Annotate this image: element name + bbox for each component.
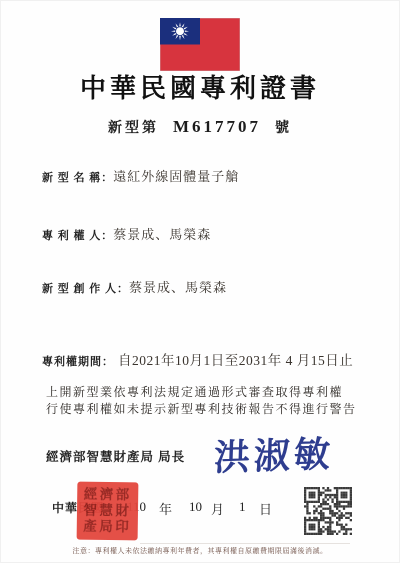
footnote-text: 注意：專利權人未依法繳納專利年費者，其專利權自原繳費期限屆滿後消滅。 (0, 546, 400, 556)
field-patent-term-label: 專利權期間： (42, 356, 114, 368)
statutory-notice: 上開新型業依專利法規定通過形式審查取得專利權 行使專利權如未提示新型專利技術報告… (46, 384, 357, 418)
field-creator-value: 蔡景成、馬榮森 (129, 280, 227, 295)
field-patent-term-value: 自2021年10月1日至2031年 4 月15日止 (118, 353, 353, 368)
date-month: 10 (189, 499, 202, 515)
scan-fold-line (140, 543, 350, 544)
patent-certificate-page: 中華民國專利證書 新型第 M617707 號 新 型 名 稱：遠紅外線固體量子艙… (0, 0, 400, 563)
director-general-signature: 洪淑敏 (213, 426, 345, 482)
patent-number-suffix: 號 (275, 117, 292, 137)
field-patentee-label: 專 利 權 人： (42, 230, 113, 242)
date-day-unit: 日 (259, 499, 272, 518)
field-model-name-value: 遠紅外線固體量子艙 (113, 169, 239, 184)
patent-number-line: 新型第 M617707 號 (0, 117, 400, 137)
field-creator-label: 新 型 創 作 人： (42, 283, 129, 295)
field-patent-term: 專利權期間： 自2021年10月1日至2031年 4 月15日止 (42, 349, 353, 370)
patent-number-prefix: 新型第 (108, 117, 159, 137)
statutory-notice-line1: 上開新型業依專利法規定通過形式審查取得專利權 (46, 384, 357, 401)
statutory-notice-line2: 行使專利權如未提示新型專利技術報告不得進行警告 (46, 401, 357, 418)
field-model-name: 新 型 名 稱：遠紅外線固體量子艙 (42, 166, 239, 186)
field-creator: 新 型 創 作 人：蔡景成、馬榮森 (42, 277, 227, 297)
certificate-title: 中華民國專利證書 (0, 68, 400, 105)
official-red-seal: 經濟部智慧財產局印 (77, 482, 139, 541)
date-year-unit: 年 (159, 499, 172, 518)
official-red-seal-text: 經濟部智慧財產局印 (83, 487, 132, 536)
field-model-name-label: 新 型 名 稱： (42, 172, 113, 184)
qr-code (304, 487, 352, 535)
field-patentee: 專 利 權 人：蔡景成、馬榮森 (42, 224, 211, 244)
roc-flag-icon (160, 18, 240, 71)
patent-number: M617707 (173, 117, 261, 137)
issuer-title: 經濟部智慧財產局 局長 (46, 447, 185, 465)
date-month-unit: 月 (211, 499, 224, 518)
field-patentee-value: 蔡景成、馬榮森 (113, 227, 211, 242)
date-day: 1 (239, 499, 246, 515)
